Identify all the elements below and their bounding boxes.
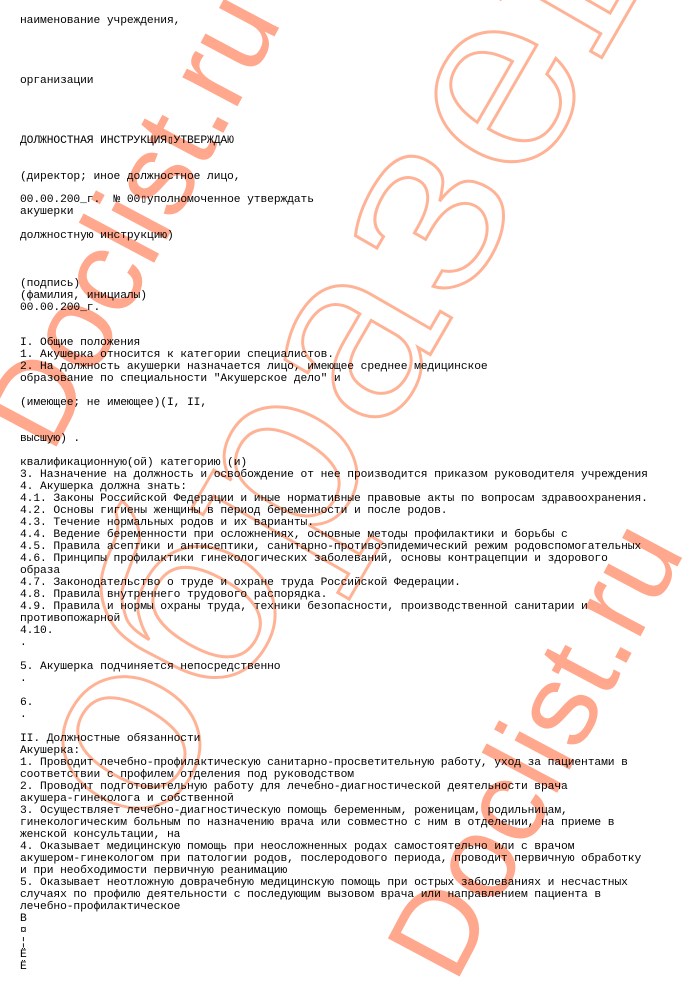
document-line: ДОЛЖНОСТНАЯ ИНСТРУКЦИЯ▯УТВЕРЖДАЮ (20, 135, 234, 147)
document-line: (фамилия, инициалы) (20, 290, 147, 302)
document-line: 4.8. Правила внутреннего трудового распо… (20, 589, 327, 601)
document-line: 4.9. Правила и нормы охраны труда, техни… (20, 601, 588, 613)
document-line: противопожарной (20, 613, 120, 625)
document-line: и при необходимости первичную реанимацию (20, 865, 287, 877)
document-line: 4.7. Законодательство о труде и охране т… (20, 577, 461, 589)
document-line: (подпись) (20, 278, 80, 290)
document-line: 4. Акушерка должна знать: (20, 481, 187, 493)
document-line: . (20, 637, 27, 649)
document-line: акушером-гинекологом при патологии родов… (20, 853, 641, 865)
document-line: 2. Проводит подготовительную работу для … (20, 781, 568, 793)
watermark-right-text: Doclist.ru (361, 501, 700, 997)
document-line: 4.5. Правила асептики и антисептики, сан… (20, 541, 641, 553)
document-line: женской консультации, на (20, 829, 180, 841)
document-line: должностную инструкцию) (20, 230, 174, 242)
document-line: ¦ (20, 937, 27, 949)
document-line: 1. Акушерка относится к категории специа… (20, 349, 334, 361)
document-line: I. Общие положения (20, 337, 140, 349)
document-line: 4.1. Законы Российской Федерации и иные … (20, 493, 648, 505)
document-line: акушерки (20, 206, 73, 218)
document-line: Ё (20, 961, 27, 973)
document-line: образование по специальности "Акушерское… (20, 373, 341, 385)
document-line: квалификационную(ой) категорию (и) (20, 457, 247, 469)
document-line: (директор; иное должностное лицо, (20, 171, 240, 183)
document-line: В (20, 913, 27, 925)
document-line: II. Должностные обязанности (20, 733, 200, 745)
document-line: образа (20, 565, 60, 577)
document-line: 00.00.200_г. № 00▯уполномоченное утвержд… (20, 194, 314, 206)
document-line: акушера-гинеколога и собственной (20, 793, 234, 805)
document-line: ¤ (20, 925, 27, 937)
document-line: 6. (20, 697, 33, 709)
document-line: наименование учреждения, (20, 15, 180, 27)
document-line: 4.10. (20, 625, 53, 637)
document-line: 4.6. Принципы профилактики гинекологичес… (20, 553, 608, 565)
document-line: гинекологическим больным по назначению в… (20, 817, 614, 829)
document-line: высшую) . (20, 433, 80, 445)
document-line: 4.3. Течение нормальных родов и их вариа… (20, 517, 314, 529)
document-line: 00.00.200_г. (20, 302, 100, 314)
document-line: Акушерка: (20, 745, 80, 757)
document-line: 5. Оказывает неотложную доврачебную меди… (20, 877, 628, 889)
document-line: . (20, 673, 27, 685)
document-line: случаях по профилю деятельности с послед… (20, 889, 601, 901)
document-line: . (20, 709, 27, 721)
document-line: Ё (20, 949, 27, 961)
document-line: организации (20, 75, 93, 87)
document-line: 4.4. Ведение беременности при осложнения… (20, 529, 568, 541)
document-line: 3. Назначение на должность и освобождени… (20, 469, 648, 481)
document-line: 3. Осуществляет лечебно-диагностическую … (20, 805, 568, 817)
document-line: 4.2. Основы гигиены женщины в период бер… (20, 505, 447, 517)
document-line: (имеющее; не имеющее)(I, II, (20, 397, 207, 409)
document-line: 1. Проводит лечебно-профилактическую сан… (20, 757, 628, 769)
document-line: лечебно-профилактическое (20, 901, 180, 913)
document-line: 5. Акушерка подчиняется непосредственно (20, 661, 281, 673)
document-line: 4. Оказывает медицинскую помощь при неос… (20, 841, 574, 853)
document-line: 2. На должность акушерки назначается лиц… (20, 361, 488, 373)
document-line: соответствии с профилем отделения под ру… (20, 769, 354, 781)
